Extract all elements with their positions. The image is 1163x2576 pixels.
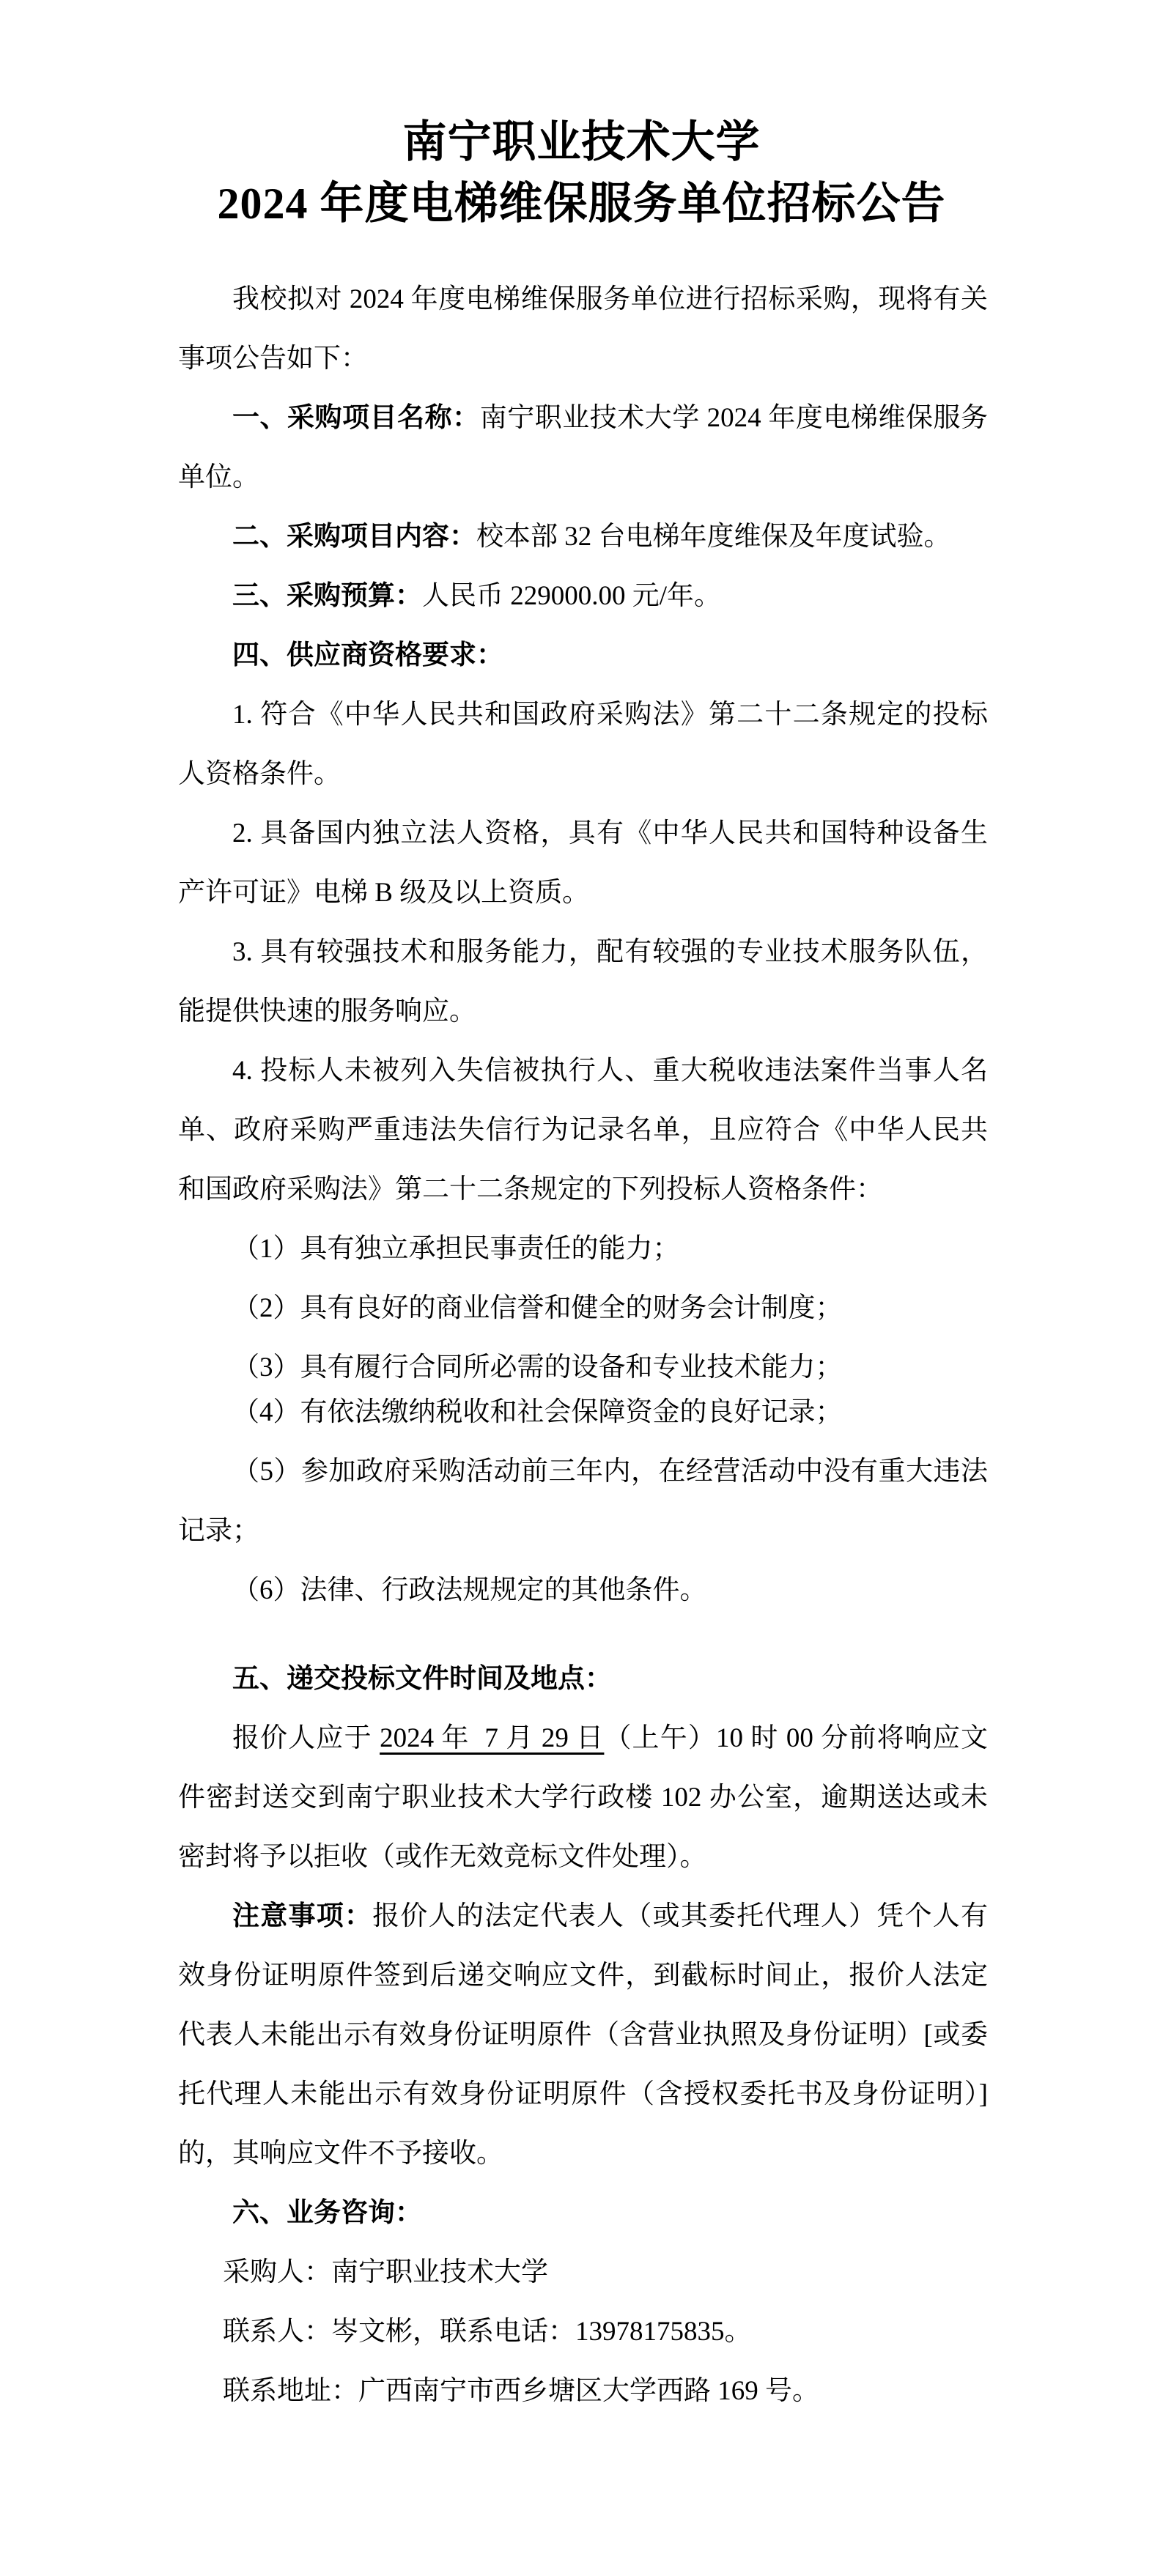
paragraph-text: 3. 具有较强技术和服务能力，配有较强的专业技术服务队伍，能提供快速的服务响应。 <box>178 937 988 1026</box>
underlined-date: 2024 年 7 月 29 日 <box>380 1723 604 1753</box>
paragraph-text: 报价人的法定代表人（或其委托代理人）凭个人有效身份证明原件签到后递交响应文件，到… <box>178 1901 988 2169</box>
paragraph: 联系地址：广西南宁市西乡塘区大学西路 169 号。 <box>178 2361 988 2421</box>
paragraph-text: （3）具有履行合同所必需的设备和专业技术能力； <box>232 1352 843 1383</box>
paragraph: 五、递交投标文件时间及地点： <box>178 1649 988 1709</box>
paragraph-label: 注意事项： <box>232 1901 372 1931</box>
paragraph-text: 1. 符合《中华人民共和国政府采购法》第二十二条规定的投标人资格条件。 <box>178 700 988 789</box>
paragraph: 二、采购项目内容：校本部 32 台电梯年度维保及年度试验。 <box>178 507 988 566</box>
paragraph: 报价人应于 2024 年 7 月 29 日（上午）10 时 00 分前将响应文件… <box>178 1709 988 1887</box>
paragraph: 4. 投标人未被列入失信被执行人、重大税收违法案件当事人名单、政府采购严重违法失… <box>178 1041 988 1219</box>
paragraph: 2. 具备国内独立法人资格，具有《中华人民共和国特种设备生产许可证》电梯 B 级… <box>178 804 988 922</box>
paragraph-text: 人民币 229000.00 元/年。 <box>422 581 721 611</box>
paragraph-text: 我校拟对 2024 年度电梯维保服务单位进行招标采购，现将有关事项公告如下： <box>178 284 988 374</box>
paragraph: 注意事项：报价人的法定代表人（或其委托代理人）凭个人有效身份证明原件签到后递交响… <box>178 1887 988 2183</box>
paragraph: 四、供应商资格要求： <box>178 626 988 685</box>
paragraph-text: 4. 投标人未被列入失信被执行人、重大税收违法案件当事人名单、政府采购严重违法失… <box>178 1056 988 1204</box>
paragraph-text: （6）法律、行政法规规定的其他条件。 <box>232 1575 707 1605</box>
paragraph-text: 采购人：南宁职业技术大学 <box>223 2257 548 2287</box>
paragraph: 采购人：南宁职业技术大学 <box>178 2243 988 2302</box>
paragraph: （1）具有独立承担民事责任的能力； <box>178 1219 988 1278</box>
paragraph-label: 六、业务咨询： <box>232 2198 422 2228</box>
paragraph-text: （4）有依法缴纳税收和社会保障资金的良好记录； <box>232 1397 843 1427</box>
paragraph-text: （1）具有独立承担民事责任的能力； <box>232 1234 680 1264</box>
paragraph-text: 校本部 32 台电梯年度维保及年度试验。 <box>476 522 951 552</box>
doc-title-line-2: 2024 年度电梯维保服务单位招标公告 <box>0 173 1163 234</box>
paragraph: （6）法律、行政法规规定的其他条件。 <box>178 1561 988 1620</box>
doc-title-line-1: 南宁职业技术大学 <box>0 111 1163 173</box>
paragraph-text: （2）具有良好的商业信誉和健全的财务会计制度； <box>232 1293 843 1323</box>
paragraph-text: 报价人应于 <box>232 1723 380 1753</box>
paragraph-label: 三、采购预算： <box>232 581 422 611</box>
doc-title: 南宁职业技术大学 2024 年度电梯维保服务单位招标公告 <box>0 111 1163 234</box>
paragraph-text: 联系人：岑文彬，联系电话：13978175835。 <box>223 2317 752 2347</box>
paragraph: 三、采购预算：人民币 229000.00 元/年。 <box>178 566 988 626</box>
paragraph-label: 一、采购项目名称： <box>232 403 480 433</box>
paragraph: （5）参加政府采购活动前三年内，在经营活动中没有重大违法记录； <box>178 1442 988 1561</box>
paragraph: （2）具有良好的商业信誉和健全的财务会计制度； <box>178 1278 988 1338</box>
paragraph: 3. 具有较强技术和服务能力，配有较强的专业技术服务队伍，能提供快速的服务响应。 <box>178 922 988 1041</box>
doc-body: 我校拟对 2024 年度电梯维保服务单位进行招标采购，现将有关事项公告如下：一、… <box>178 270 988 2421</box>
paragraph-text: （5）参加政府采购活动前三年内，在经营活动中没有重大违法记录； <box>178 1457 988 1546</box>
paragraph: 一、采购项目名称：南宁职业技术大学 2024 年度电梯维保服务单位。 <box>178 388 988 507</box>
paragraph: 我校拟对 2024 年度电梯维保服务单位进行招标采购，现将有关事项公告如下： <box>178 270 988 388</box>
paragraph-label: 五、递交投标文件时间及地点： <box>232 1664 612 1694</box>
paragraph: （4）有依法缴纳税收和社会保障资金的良好记录； <box>178 1383 988 1442</box>
paragraph: 六、业务咨询： <box>178 2183 988 2243</box>
paragraph-text: 2. 具备国内独立法人资格，具有《中华人民共和国特种设备生产许可证》电梯 B 级… <box>178 818 988 908</box>
paragraph: 联系人：岑文彬，联系电话：13978175835。 <box>178 2302 988 2361</box>
paragraph-label: 四、供应商资格要求： <box>232 640 503 670</box>
paragraph-text: 联系地址：广西南宁市西乡塘区大学西路 169 号。 <box>223 2376 819 2406</box>
document-page: 南宁职业技术大学 2024 年度电梯维保服务单位招标公告 我校拟对 2024 年… <box>0 0 1163 2576</box>
paragraph-label: 二、采购项目内容： <box>232 522 476 552</box>
paragraph: 1. 符合《中华人民共和国政府采购法》第二十二条规定的投标人资格条件。 <box>178 685 988 804</box>
